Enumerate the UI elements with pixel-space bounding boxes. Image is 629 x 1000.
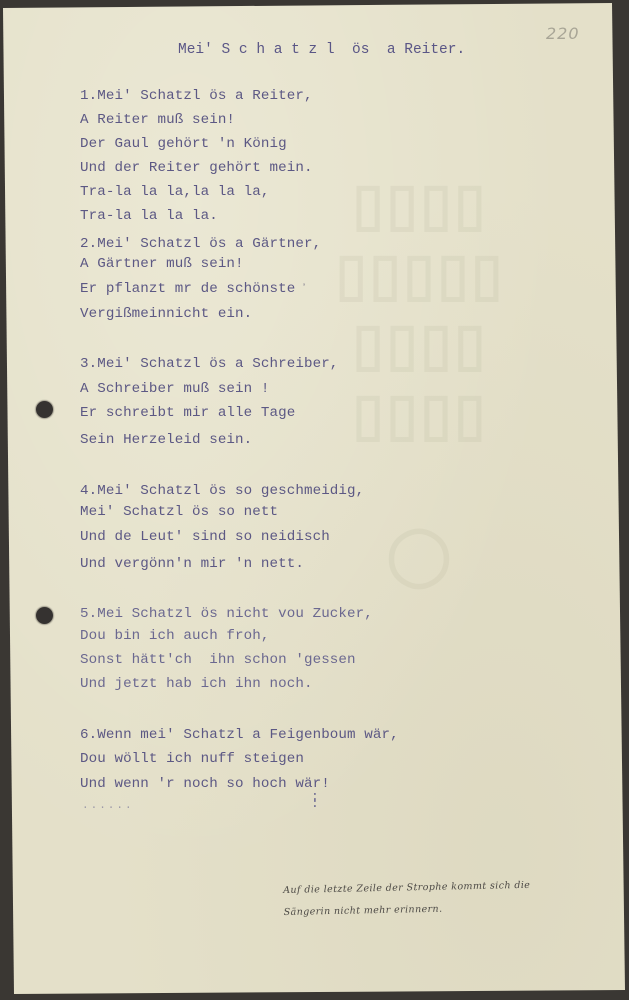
stanza-1-line-5: Tra-la la la,la la la, bbox=[80, 184, 270, 200]
stanza-3-line-3: Er schreibt mir alle Tage bbox=[80, 405, 295, 421]
stanza-2-line-3: Er pflanzt mr de schönste bbox=[80, 281, 295, 297]
stray-ink-mark: ʼ bbox=[301, 284, 307, 295]
stanza-6-line-2: Dou wöllt ich nuff steigen bbox=[80, 751, 304, 767]
stanza-2-line-2: A Gärtner muß sein! bbox=[80, 256, 244, 272]
reverse-side-showthrough: ▯▯▯▯▯▯▯▯▯▯▯▯▯▯▯▯▯◯ bbox=[250, 170, 590, 730]
stanza-2-line-4: Vergißmeinnicht ein. bbox=[80, 306, 252, 322]
stanza-5-line-3: Sonst hätt'ch ihn schon 'gessen bbox=[80, 652, 356, 668]
punch-hole-upper bbox=[36, 401, 53, 418]
stanza-6-line-1: 6.Wenn mei' Schatzl a Feigenboum wär, bbox=[80, 727, 399, 743]
stanza-1-line-1: 1.Mei' Schatzl ös a Reiter, bbox=[80, 88, 313, 104]
stanza-2-line-1: 2.Mei' Schatzl ös a Gärtner, bbox=[80, 236, 321, 252]
stanza-6-line-3: Und wenn 'r noch so hoch wär! bbox=[80, 776, 330, 792]
stanza-1-line-2: A Reiter muß sein! bbox=[80, 112, 235, 128]
stanza-1-line-3: Der Gaul gehört 'n König bbox=[80, 136, 287, 152]
stanza-3-line-1: 3.Mei' Schatzl ös a Schreiber, bbox=[80, 356, 338, 372]
punch-hole-lower bbox=[36, 607, 53, 624]
document-page: ▯▯▯▯▯▯▯▯▯▯▯▯▯▯▯▯▯◯ 220 Mei' S c h a t z … bbox=[0, 0, 629, 1000]
stanza-4-line-1: 4.Mei' Schatzl ös so geschmeidig, bbox=[80, 483, 364, 499]
stanza-5-line-1: 5.Mei Schatzl ös nicht vou Zucker, bbox=[80, 606, 373, 622]
page-number: 220 bbox=[546, 24, 580, 43]
colon-mark: :: bbox=[311, 793, 317, 807]
stanza-4-line-4: Und vergönn'n mir 'n nett. bbox=[80, 556, 304, 572]
stanza-1-line-4: Und der Reiter gehört mein. bbox=[80, 160, 313, 176]
continuation-dots: ...... bbox=[82, 800, 134, 812]
handwritten-note: Auf die letzte Zeile der Strophe kommt s… bbox=[283, 874, 584, 924]
song-title: Mei' S c h a t z l ös a Reiter. bbox=[178, 42, 465, 58]
stanza-3-line-2: A Schreiber muß sein ! bbox=[80, 381, 270, 397]
stanza-4-line-3: Und de Leut' sind so neidisch bbox=[80, 529, 330, 545]
stanza-5-line-4: Und jetzt hab ich ihn noch. bbox=[80, 676, 313, 692]
stanza-1-line-6: Tra-la la la la. bbox=[80, 208, 218, 224]
stanza-3-line-4: Sein Herzeleid sein. bbox=[80, 432, 252, 448]
stanza-5-line-2: Dou bin ich auch froh, bbox=[80, 628, 270, 644]
stanza-4-line-2: Mei' Schatzl ös so nett bbox=[80, 504, 278, 520]
